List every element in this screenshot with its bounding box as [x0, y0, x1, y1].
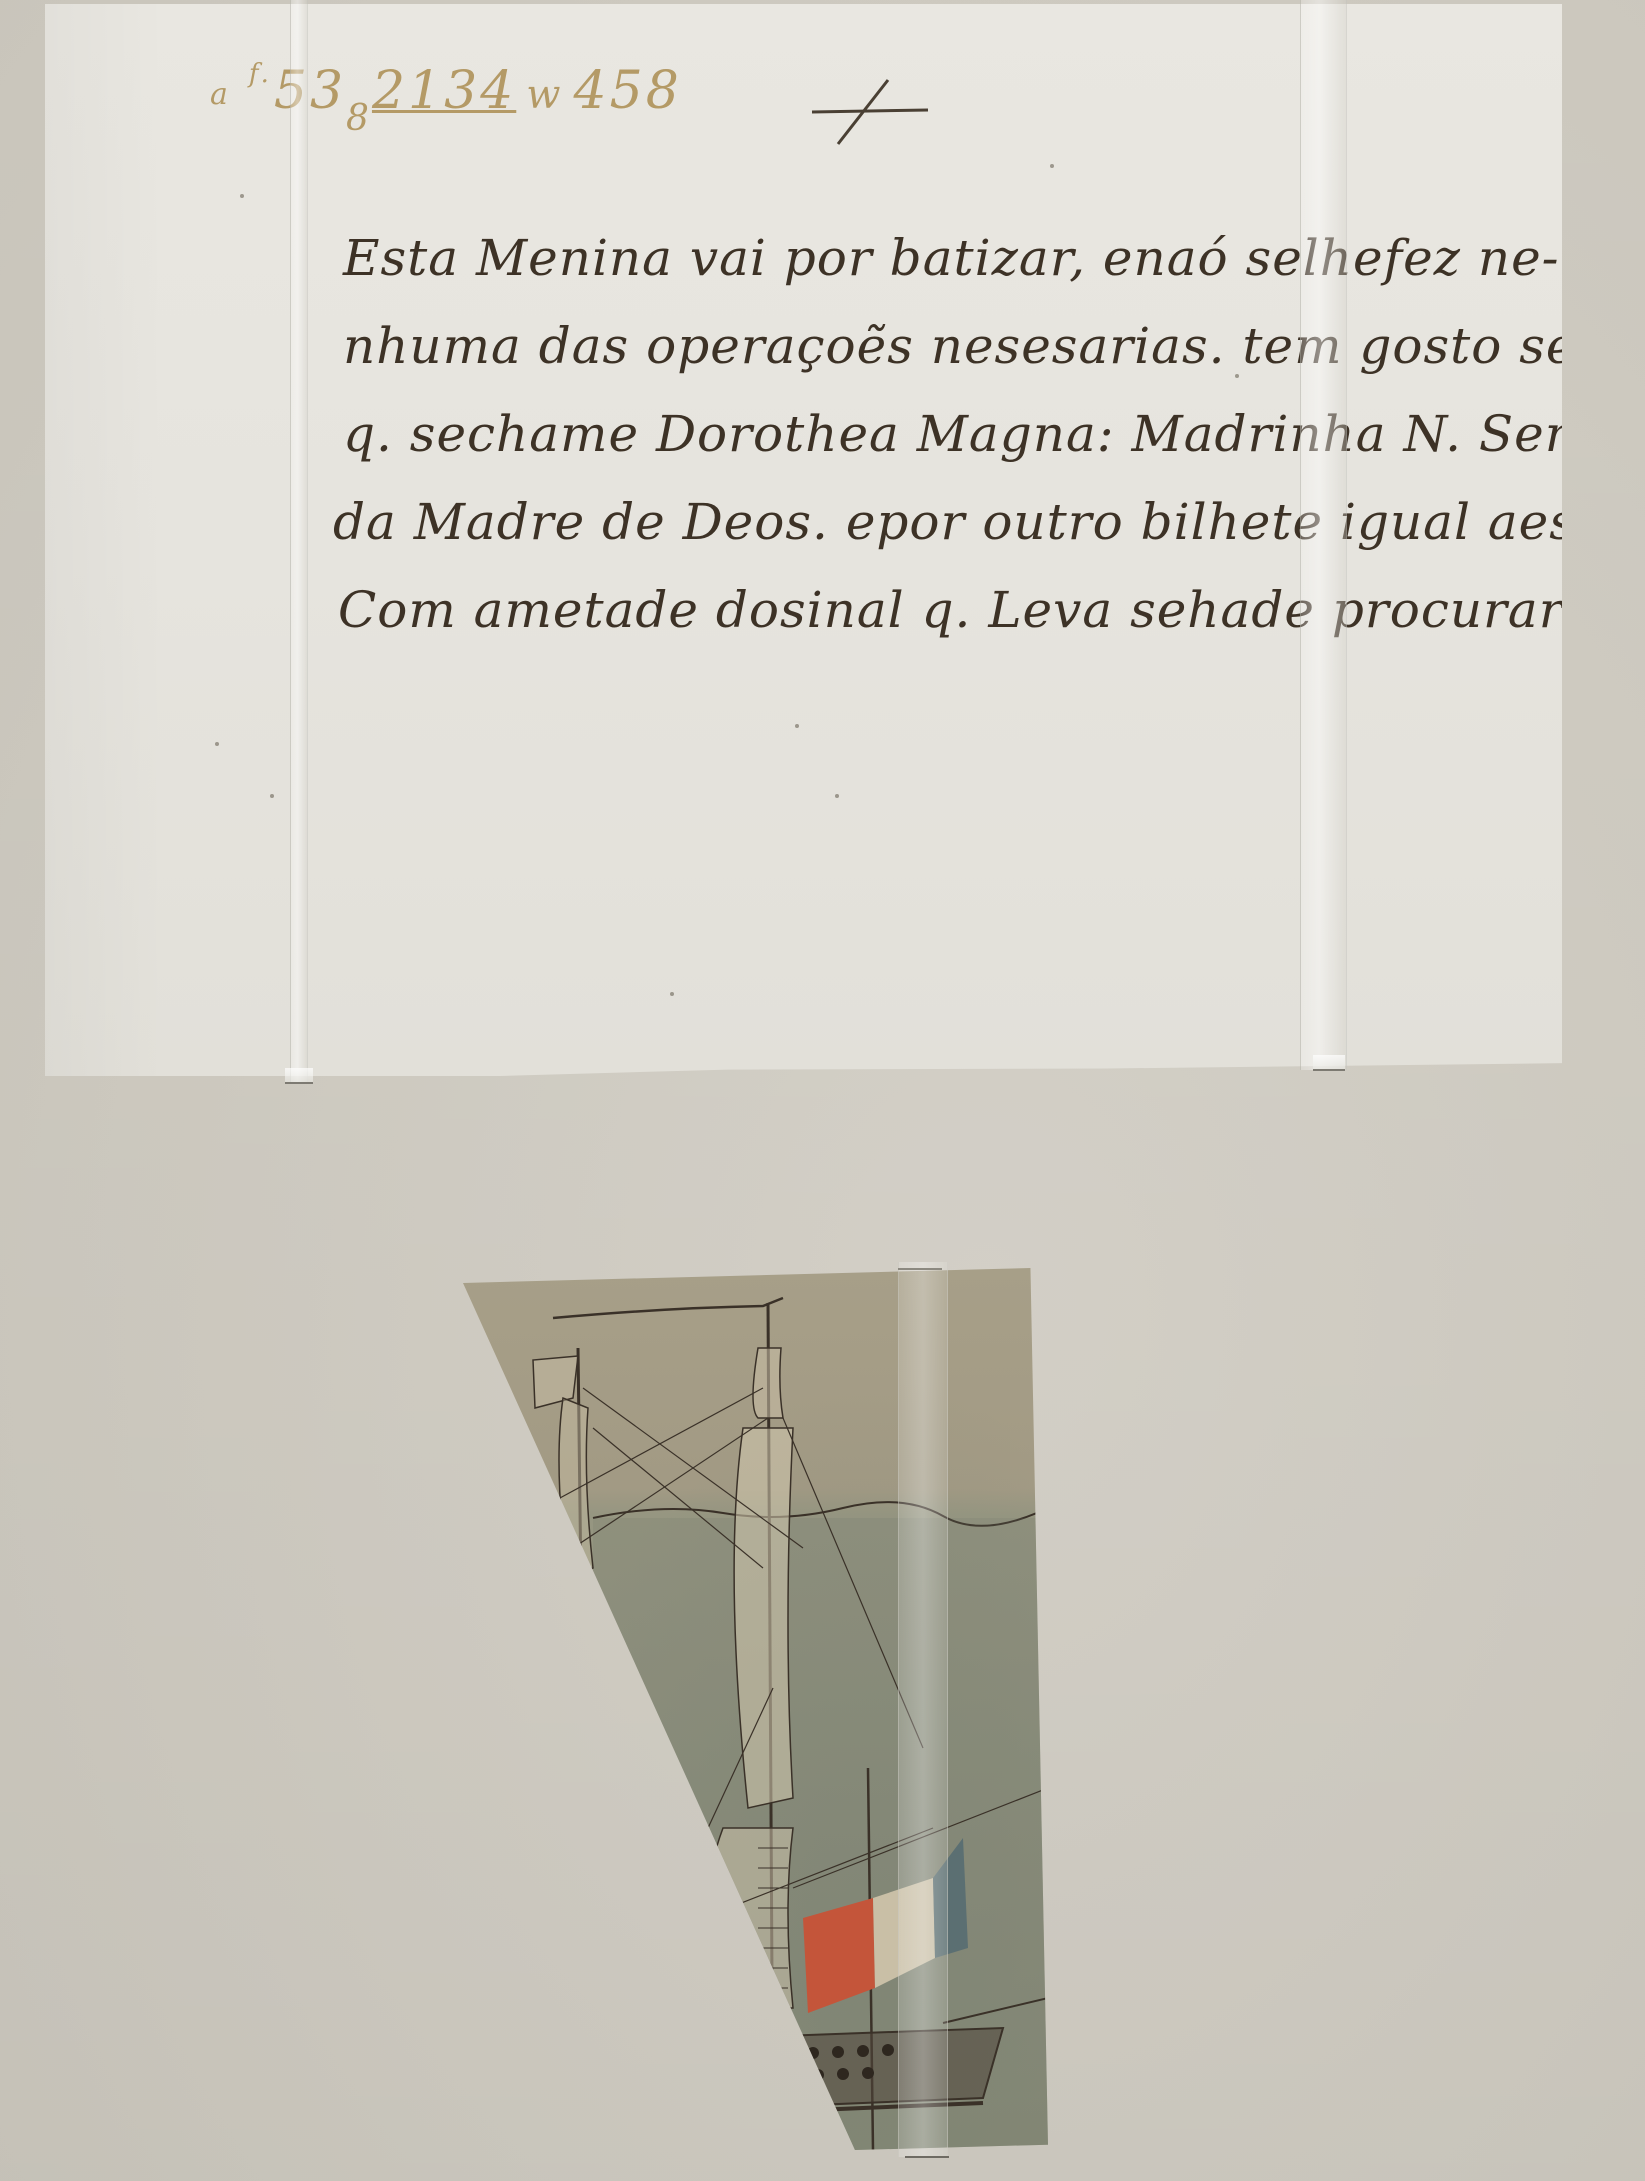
handwritten-line-4: da Madre de Deos. epor outro bilhete igu… [333, 478, 1593, 566]
catalog-prefix: a [210, 77, 231, 112]
ship-illustration [463, 1268, 1048, 2150]
catalog-number-1: 53 [274, 61, 346, 121]
catalog-superscript: f. [249, 59, 272, 89]
cross-mark-icon [810, 76, 930, 146]
handwritten-line-5: Com ametade dosinal q. Leva sehade procu… [338, 566, 1593, 654]
handwritten-line-2: nhuma das operaçoẽs nesesarias. tem gost… [343, 302, 1593, 390]
handwritten-line-1: Esta Menina vai por batizar, enaó selhef… [343, 214, 1593, 302]
handwritten-text: Esta Menina vai por batizar, enaó selhef… [343, 214, 1593, 654]
catalog-number-3: 458 [574, 61, 682, 121]
tape-tab-engraving-top [898, 1262, 942, 1270]
catalog-connector: w [526, 72, 563, 118]
handwritten-line-3: q. sechame Dorothea Magna: Madrinha N. S… [343, 390, 1593, 478]
tape-strip-right [1300, 0, 1347, 1070]
catalog-number: af.5382134w458 [210, 59, 682, 139]
tape-tab-engraving-bottom [905, 2150, 949, 2158]
catalog-number-2: 2134 [372, 61, 516, 121]
tape-tab-left [285, 1068, 313, 1084]
ship-engraving-fragment [463, 1268, 1048, 2150]
tape-tab-right [1313, 1055, 1345, 1071]
tape-strip-engraving [898, 1262, 948, 2157]
tape-strip-left [290, 0, 308, 1082]
catalog-subscript: 8 [346, 98, 372, 139]
